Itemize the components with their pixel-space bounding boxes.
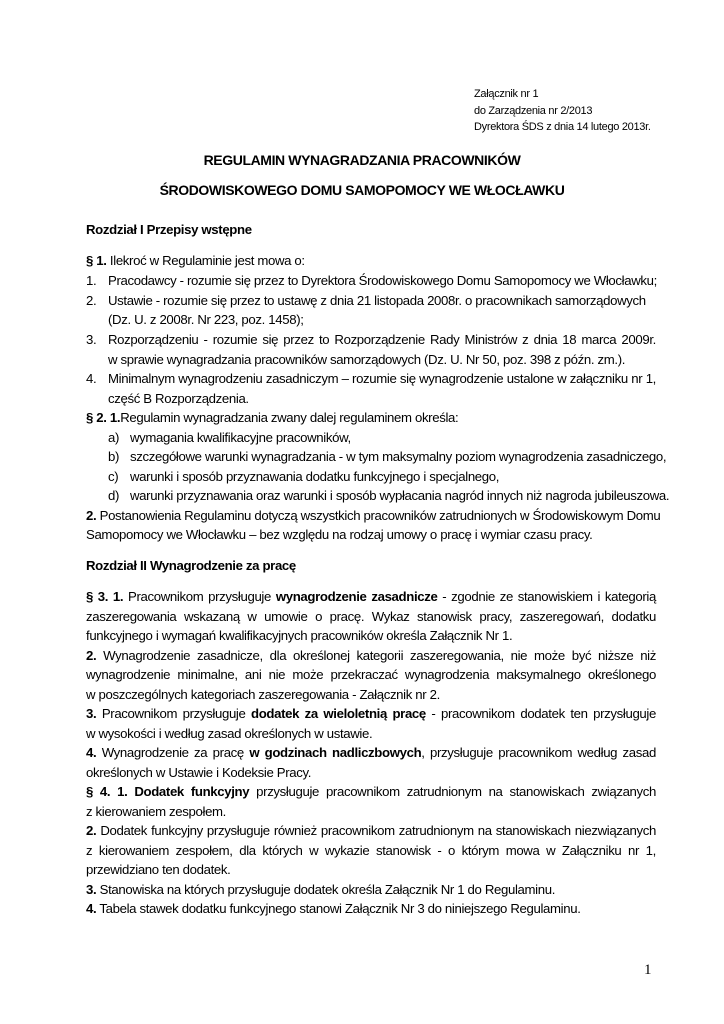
- list-item-text: Pracodawcy - rozumie się przez to Dyrekt…: [108, 271, 657, 291]
- paragraph-text: Dodatek funkcyjny przysługuje również pr…: [96, 823, 656, 838]
- paragraph-text: w poszczególnych kategoriach zaszeregowa…: [86, 685, 656, 705]
- paragraph-text: w wysokości i według zasad określonych w…: [86, 724, 656, 744]
- paragraph-text: określonych w Ustawie i Kodeksie Pracy.: [86, 763, 656, 783]
- list-item-text: Minimalnym wynagrodzeniu zasadniczym – r…: [108, 369, 656, 389]
- paragraph-text: - pracownikom dodatek ten przysługuje: [426, 706, 656, 721]
- paragraph-mark: § 3. 1.: [86, 589, 123, 604]
- paragraph-text: przewidziano ten dodatek.: [86, 860, 656, 880]
- paragraph-text: , przysługuje pracownikom według zasad: [421, 745, 656, 760]
- paragraph-text: wynagrodzenie minimalne, ani nie może pr…: [86, 665, 656, 685]
- list-item-text: szczegółowe warunki wynagradzania - w ty…: [130, 447, 666, 467]
- document-title-line-2: ŚRODOWISKOWEGO DOMU SAMOPOMOCY WE WŁOCŁA…: [0, 182, 724, 198]
- paragraph-4-point-4: 4. Tabela stawek dodatku funkcyjnego sta…: [86, 899, 656, 919]
- list-item-text: Ustawie - rozumie się przez to ustawę z …: [108, 291, 646, 311]
- paragraph-text: zaszeregowania wskazaną w umowie o pracę…: [86, 607, 656, 627]
- list-number: 1.: [86, 271, 96, 291]
- paragraph-2-intro: § 2. 1.Regulamin wynagradzania zwany dal…: [86, 408, 458, 428]
- paragraph-text: przysługuje pracownikom zatrudnionym na …: [249, 784, 656, 799]
- list-number: 2.: [86, 291, 96, 311]
- paragraph-1-intro: § 1. Ilekroć w Regulaminie jest mowa o:: [86, 251, 305, 271]
- paragraph-4-point-2: 2. Dodatek funkcyjny przysługuje również…: [86, 821, 656, 841]
- paragraph-text: Stanowiska na których przysługuje dodate…: [96, 882, 555, 897]
- list-label: d): [108, 486, 119, 506]
- annex-line: Załącznik nr 1: [474, 86, 651, 103]
- document-title-line-1: REGULAMIN WYNAGRADZANIA PRACOWNIKÓW: [0, 152, 724, 168]
- emphasis: dodatek za wieloletnią pracę: [251, 706, 426, 721]
- list-number: 4.: [86, 369, 96, 389]
- list-item-text: warunki przyznawania oraz warunki i spos…: [130, 486, 669, 506]
- point-mark: 2.: [86, 508, 96, 523]
- emphasis: wynagrodzenie zasadnicze: [276, 589, 438, 604]
- paragraph-text: z kierowaniem zespołem.: [86, 802, 656, 822]
- paragraph-3-point-3: 3. Pracownikom przysługuje dodatek za wi…: [86, 704, 656, 724]
- paragraph-text: Wynagrodzenie za pracę: [96, 745, 249, 760]
- list-item-text: w sprawie wynagradzania pracowników samo…: [108, 350, 625, 370]
- point-mark: 2.: [86, 823, 96, 838]
- paragraph-3-point-4: 4. Wynagrodzenie za pracę w godzinach na…: [86, 743, 656, 763]
- paragraph-text: funkcyjnego i wymagań kwalifikacyjnych p…: [86, 626, 656, 646]
- paragraph-text: Pracownikom przysługuje: [123, 589, 276, 604]
- list-item-text: Rozporządzeniu - rozumie się przez to Ro…: [108, 330, 656, 350]
- point-mark: 3.: [86, 882, 96, 897]
- chapter-1-heading: Rozdział I Przepisy wstępne: [86, 220, 252, 240]
- chapter-2-heading: Rozdział II Wynagrodzenie za pracę: [86, 556, 296, 576]
- paragraph-4-point-1: § 4. 1. Dodatek funkcyjny przysługuje pr…: [86, 782, 656, 802]
- list-item-text: (Dz. U. z 2008r. Nr 223, poz. 1458);: [108, 310, 304, 330]
- list-item-text: część B Rozporządzenia.: [108, 389, 249, 409]
- paragraph-text: Ilekroć w Regulaminie jest mowa o:: [107, 253, 305, 268]
- paragraph-text: Wynagrodzenie zasadnicze, dla określonej…: [96, 648, 656, 663]
- list-item-text: warunki i sposób przyznawania dodatku fu…: [130, 467, 499, 487]
- paragraph-2-point-2: 2. Postanowienia Regulaminu dotyczą wszy…: [86, 506, 656, 526]
- paragraph-mark: § 2. 1.: [86, 410, 120, 425]
- paragraph-text: Samopomocy we Włocławku – bez względu na…: [86, 525, 656, 545]
- paragraph-text: - zgodnie ze stanowiskiem i kategorią: [437, 589, 656, 604]
- page-number: 1: [644, 962, 652, 979]
- list-number: 3.: [86, 330, 96, 350]
- point-mark: 3.: [86, 706, 96, 721]
- list-item-text: wymagania kwalifikacyjne pracowników,: [130, 428, 351, 448]
- list-label: a): [108, 428, 119, 448]
- paragraph-mark: § 1.: [86, 253, 107, 268]
- paragraph-4-point-3: 3. Stanowiska na których przysługuje dod…: [86, 880, 656, 900]
- annex-note: Załącznik nr 1 do Zarządzenia nr 2/2013 …: [474, 86, 651, 136]
- list-label: b): [108, 447, 119, 467]
- point-mark: 4.: [86, 745, 96, 760]
- point-mark: 4.: [86, 901, 96, 916]
- paragraph-text: z kierowaniem zespołem, dla których w wy…: [86, 841, 656, 861]
- paragraph-text: Postanowienia Regulaminu dotyczą wszystk…: [96, 508, 660, 523]
- paragraph-mark: § 4. 1. Dodatek funkcyjny: [86, 784, 249, 799]
- paragraph-3-point-2: 2. Wynagrodzenie zasadnicze, dla określo…: [86, 646, 656, 666]
- annex-line: do Zarządzenia nr 2/2013: [474, 103, 651, 120]
- point-mark: 2.: [86, 648, 96, 663]
- emphasis: w godzinach nadliczbowych: [249, 745, 421, 760]
- paragraph-text: Regulamin wynagradzania zwany dalej regu…: [120, 410, 458, 425]
- paragraph-text: Tabela stawek dodatku funkcyjnego stanow…: [96, 901, 580, 916]
- paragraph-text: Pracownikom przysługuje: [96, 706, 251, 721]
- paragraph-3-point-1: § 3. 1. Pracownikom przysługuje wynagrod…: [86, 587, 656, 607]
- list-label: c): [108, 467, 118, 487]
- annex-line: Dyrektora ŚDS z dnia 14 lutego 2013r.: [474, 119, 651, 136]
